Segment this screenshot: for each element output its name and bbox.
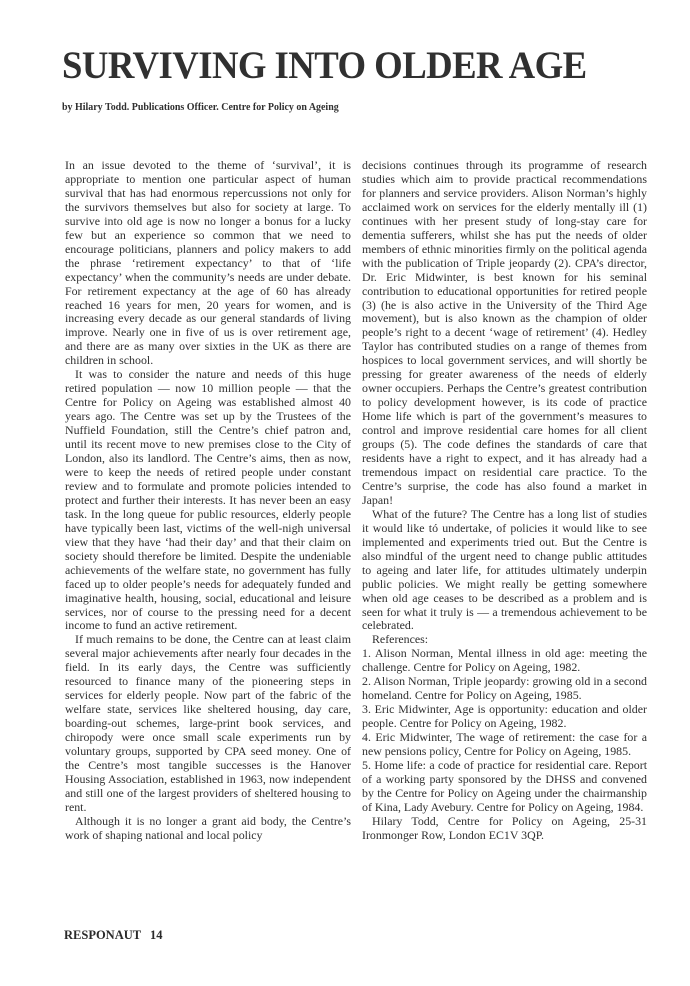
article-title: SURVIVING INTO OLDER AGE: [62, 42, 587, 88]
paragraph: If much remains to be done, the Centre c…: [65, 633, 351, 814]
author-address: Hilary Todd, Centre for Policy on Ageing…: [362, 815, 647, 843]
reference-item: 5. Home life: a code of practice for res…: [362, 759, 647, 815]
reference-item: 3. Eric Midwinter, Age is opportunity: e…: [362, 703, 647, 731]
paragraph: In an issue devoted to the theme of ‘sur…: [65, 159, 351, 368]
reference-item: 2. Alison Norman, Triple jeopardy: growi…: [362, 675, 647, 703]
page-footer: RESPONAUT 14: [64, 928, 163, 943]
paragraph: Although it is no longer a grant aid bod…: [65, 815, 351, 843]
right-column: decisions continues through its programm…: [362, 159, 647, 843]
references-heading: References:: [362, 633, 647, 647]
left-column: In an issue devoted to the theme of ‘sur…: [65, 159, 351, 843]
article-byline: by Hilary Todd. Publications Officer. Ce…: [62, 102, 339, 113]
reference-item: 1. Alison Norman, Mental illness in old …: [362, 647, 647, 675]
paragraph: What of the future? The Centre has a lon…: [362, 508, 647, 634]
reference-item: 4. Eric Midwinter, The wage of retiremen…: [362, 731, 647, 759]
page-number: 14: [150, 928, 163, 942]
paragraph: decisions continues through its programm…: [362, 159, 647, 508]
publication-name: RESPONAUT: [64, 928, 141, 942]
references-list: 1. Alison Norman, Mental illness in old …: [362, 647, 647, 814]
paragraph: It was to consider the nature and needs …: [65, 368, 351, 633]
